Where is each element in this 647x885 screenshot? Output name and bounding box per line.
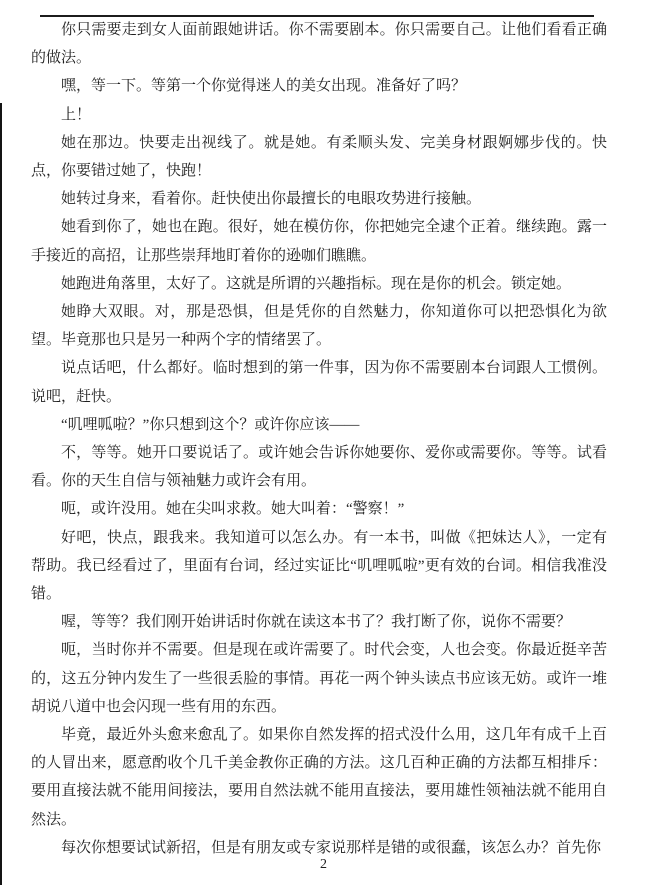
paragraph: 她跑进角落里，太好了。这就是所谓的兴趣指标。现在是你的机会。锁定她。 xyxy=(31,270,607,298)
paragraph: 她在那边。快要走出视线了。就是她。有柔顺头发、完美身材跟婀娜步伐的。快点，你要错… xyxy=(31,129,607,185)
paragraph: 嘿，等一下。等第一个你觉得迷人的美女出现。准备好了吗？ xyxy=(31,72,607,100)
paragraph: 她看到你了，她也在跑。很好，她在模仿你，你把她完全逮个正着。继续跑。露一手接近的… xyxy=(31,213,607,269)
paragraph: 毕竟，最近外头愈来愈乱了。如果你自然发挥的招式没什么用，这几年有成千上百的人冒出… xyxy=(31,721,607,834)
paragraph: 呃，或许没用。她在尖叫求救。她大叫着：“警察！” xyxy=(31,495,607,523)
paragraph: 呃，当时你并不需要。但是现在或许需要了。时代会变，人也会变。你最近挺辛苦的，这五… xyxy=(31,636,607,721)
paragraph: 说点话吧，什么都好。临时想到的第一件事，因为你不需要剧本台词跟人工惯例。说吧，赶… xyxy=(31,354,607,410)
document-page: 你只需要走到女人面前跟她讲话。你不需要剧本。你只需要自己。让他们看看正确的做法。… xyxy=(0,0,647,885)
paragraph: 上！ xyxy=(31,101,607,129)
scan-edge-artifact xyxy=(0,103,2,885)
page-number: 2 xyxy=(0,857,647,873)
paragraph: 不，等等。她开口要说话了。或许她会告诉你她要你、爱你或需要你。等等。试看看。你的… xyxy=(31,439,607,495)
paragraph: 她转过身来，看着你。赶快使出你最擅长的电眼攻势进行接触。 xyxy=(31,185,607,213)
paragraph: “叽哩呱啦？”你只想到这个？或许你应该—— xyxy=(31,411,607,439)
body-text: 你只需要走到女人面前跟她讲话。你不需要剧本。你只需要自己。让他们看看正确的做法。… xyxy=(31,16,607,862)
paragraph: 喔，等等？我们刚开始讲话时你就在读这本书了？我打断了你，说你不需要？ xyxy=(31,608,607,636)
paragraph: 你只需要走到女人面前跟她讲话。你不需要剧本。你只需要自己。让他们看看正确的做法。 xyxy=(31,16,607,72)
paragraph: 她睁大双眼。对，那是恐惧，但是凭你的自然魅力，你知道你可以把恐惧化为欲望。毕竟那… xyxy=(31,298,607,354)
paragraph: 好吧，快点，跟我来。我知道可以怎么办。有一本书，叫做《把妹达人》，一定有帮助。我… xyxy=(31,524,607,609)
